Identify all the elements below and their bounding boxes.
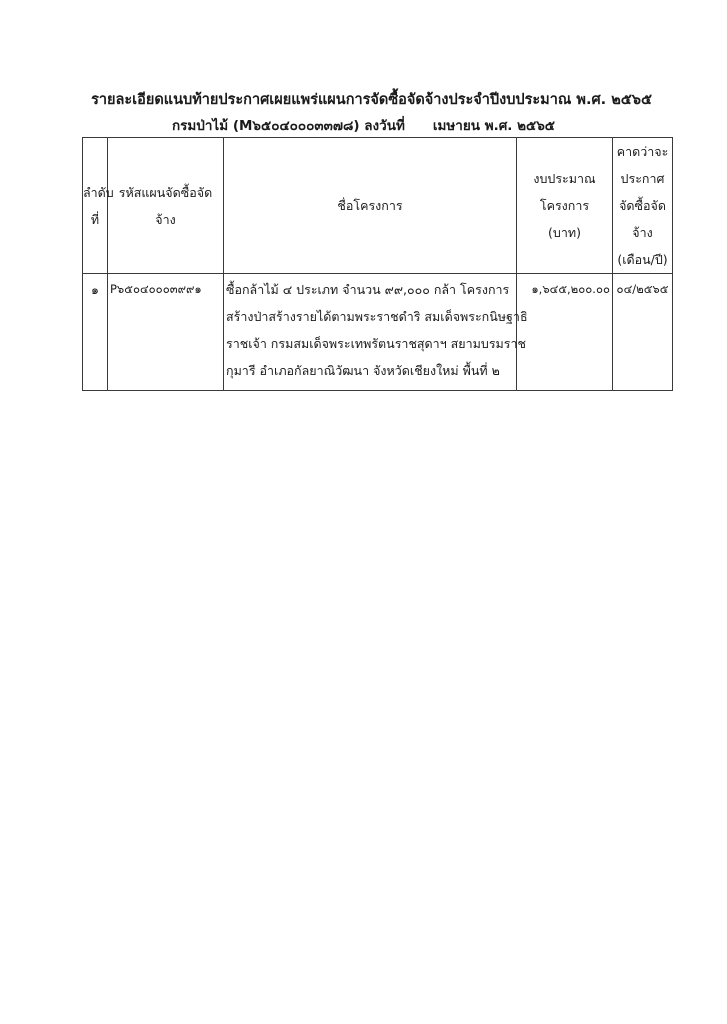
header-announce-period: คาดว่าจะ ประกาศ จัดซื้อจัด จ้าง (เดือน/ป…: [613, 138, 673, 274]
row-project-name: ซื้อกล้าไม้ ๔ ประเภท จำนวน ๙๙,๐๐๐ กล้า โ…: [224, 274, 517, 391]
procurement-plan-table: ลำดับ ที่ รหัสแผนจัดซื้อจัด จ้าง ชื่อโคร…: [82, 137, 673, 391]
row-announce-period: ๐๔/๒๕๖๕: [613, 274, 673, 391]
table-row: ๑ P๖๕๐๔๐๐๐๓๙๙๑ ซื้อกล้าไม้ ๔ ประเภท จำนว…: [83, 274, 673, 391]
table-header-row: ลำดับ ที่ รหัสแผนจัดซื้อจัด จ้าง ชื่อโคร…: [83, 138, 673, 274]
header-budget: งบประมาณ โครงการ (บาท): [517, 138, 613, 274]
document-subtitle: กรมป่าไม้ (M๖๕๐๔๐๐๐๓๓๗๘) ลงวันที่เมษายน …: [0, 114, 727, 136]
row-no: ๑: [83, 274, 108, 391]
row-budget: ๑,๖๔๕,๒๐๐.๐๐: [517, 274, 613, 391]
row-plan-code: P๖๕๐๔๐๐๐๓๙๙๑: [108, 274, 224, 391]
header-plan-code: รหัสแผนจัดซื้อจัด จ้าง: [108, 138, 224, 274]
announcement-date: เมษายน พ.ศ. ๒๕๖๕: [433, 118, 555, 134]
header-no: ลำดับ ที่: [83, 138, 108, 274]
document-title: รายละเอียดแนบท้ายประกาศเผยแพร่แผนการจัดซ…: [8, 88, 727, 111]
agency-and-date-label: กรมป่าไม้ (M๖๕๐๔๐๐๐๓๓๗๘) ลงวันที่: [172, 118, 405, 134]
header-project-name: ชื่อโครงการ: [224, 138, 517, 274]
